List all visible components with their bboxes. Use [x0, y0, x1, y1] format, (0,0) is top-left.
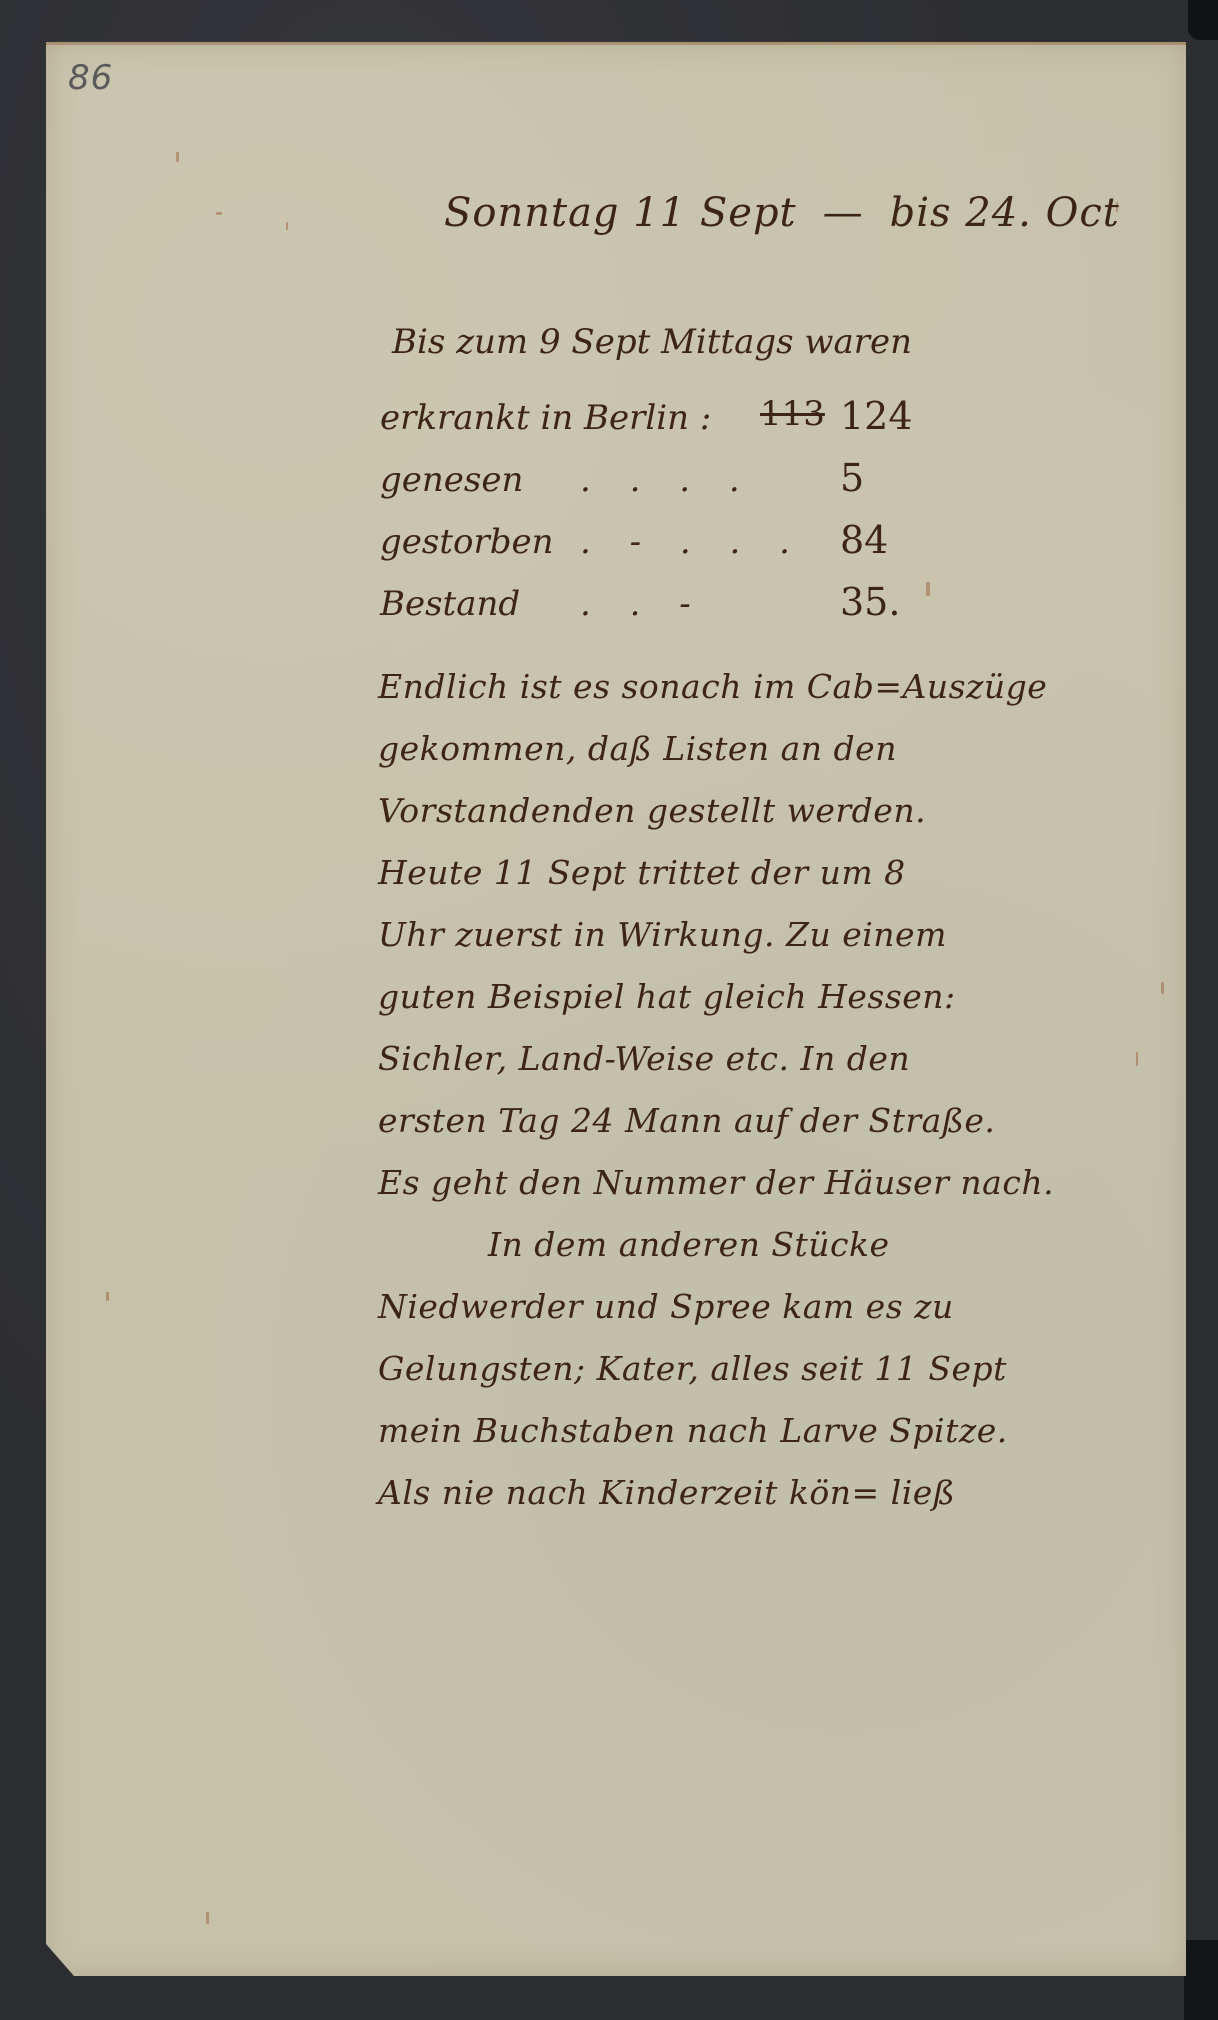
tally-value: 84 [840, 518, 888, 562]
tally-label: gestorben [380, 522, 554, 562]
text-line: Sichler, Land-Weise etc. In den [378, 1040, 1078, 1102]
text-line: ersten Tag 24 Mann auf der Straße. [378, 1102, 1078, 1164]
tally-intro-text: Bis zum 9 Sept Mittags waren [392, 322, 912, 362]
tally-label: Bestand [380, 584, 520, 624]
tally-value: 124 [840, 394, 913, 438]
tally-intro: Bis zum 9 Sept Mittags waren [380, 310, 1080, 386]
paper-speck [106, 1292, 109, 1301]
tally-dots: . . . . [580, 460, 754, 500]
paper-speck [286, 222, 288, 230]
page-edge [46, 42, 1186, 45]
text-line: Niedwerder und Spree kam es zu [378, 1288, 1078, 1350]
binding-shadow-top [1188, 0, 1218, 40]
folio-number: 86 [68, 58, 113, 98]
tally-dots: . . - [580, 584, 705, 624]
tally-row-erkrankt: erkrankt in Berlin : 113 124 [380, 386, 1080, 448]
text-line: Uhr zuerst in Wirkung. Zu einem [378, 916, 1078, 978]
text-line: Als nie nach Kinderzeit kön= ließ [378, 1474, 1078, 1536]
tally-label: erkrankt in Berlin : [380, 398, 711, 438]
text-line: gekommen, daß Listen an den [378, 730, 1078, 792]
tally-block: Bis zum 9 Sept Mittags waren erkrankt in… [380, 310, 1080, 634]
binding-shadow-bottom [1184, 1940, 1218, 2020]
entry-heading: Sonntag 11 Sept—bis 24. Oct [444, 190, 1120, 236]
paper-speck [176, 152, 179, 162]
text-line: guten Beispiel hat gleich Hessen: [378, 978, 1078, 1040]
text-line: Vorstandenden gestellt werden. [378, 792, 1078, 854]
text-line: Es geht den Nummer der Häuser nach. [378, 1164, 1078, 1226]
text-line-indented: In dem anderen Stücke [378, 1226, 1078, 1288]
manuscript-body: Endlich ist es sonach im Cab=Auszüge gek… [378, 668, 1078, 1536]
paper-speck [206, 1912, 209, 1924]
text-line: Gelungsten; Kater, alles seit 11 Sept [378, 1350, 1078, 1412]
tally-value: 35. [840, 580, 900, 624]
paper-speck [216, 212, 222, 215]
tally-row-genesen: genesen . . . . 5 [380, 448, 1080, 510]
tally-row-bestand: Bestand . . - 35. [380, 572, 1080, 634]
tally-row-gestorben: gestorben . - . . . 84 [380, 510, 1080, 572]
text-line: mein Buchstaben nach Larve Spitze. [378, 1412, 1078, 1474]
paper-speck [1136, 1052, 1138, 1066]
tally-label: genesen [380, 460, 523, 500]
tally-value: 5 [840, 456, 864, 500]
heading-separator: — [823, 190, 864, 236]
paper-speck [1161, 982, 1164, 994]
text-line: Endlich ist es sonach im Cab=Auszüge [378, 668, 1078, 730]
tally-dots: . - . . . [580, 522, 804, 562]
text-line: Heute 11 Sept trittet der um 8 [378, 854, 1078, 916]
heading-date: Sonntag 11 Sept [444, 190, 797, 236]
struck-out-value: 113 [760, 394, 825, 434]
heading-range-end: bis 24. Oct [890, 190, 1120, 236]
